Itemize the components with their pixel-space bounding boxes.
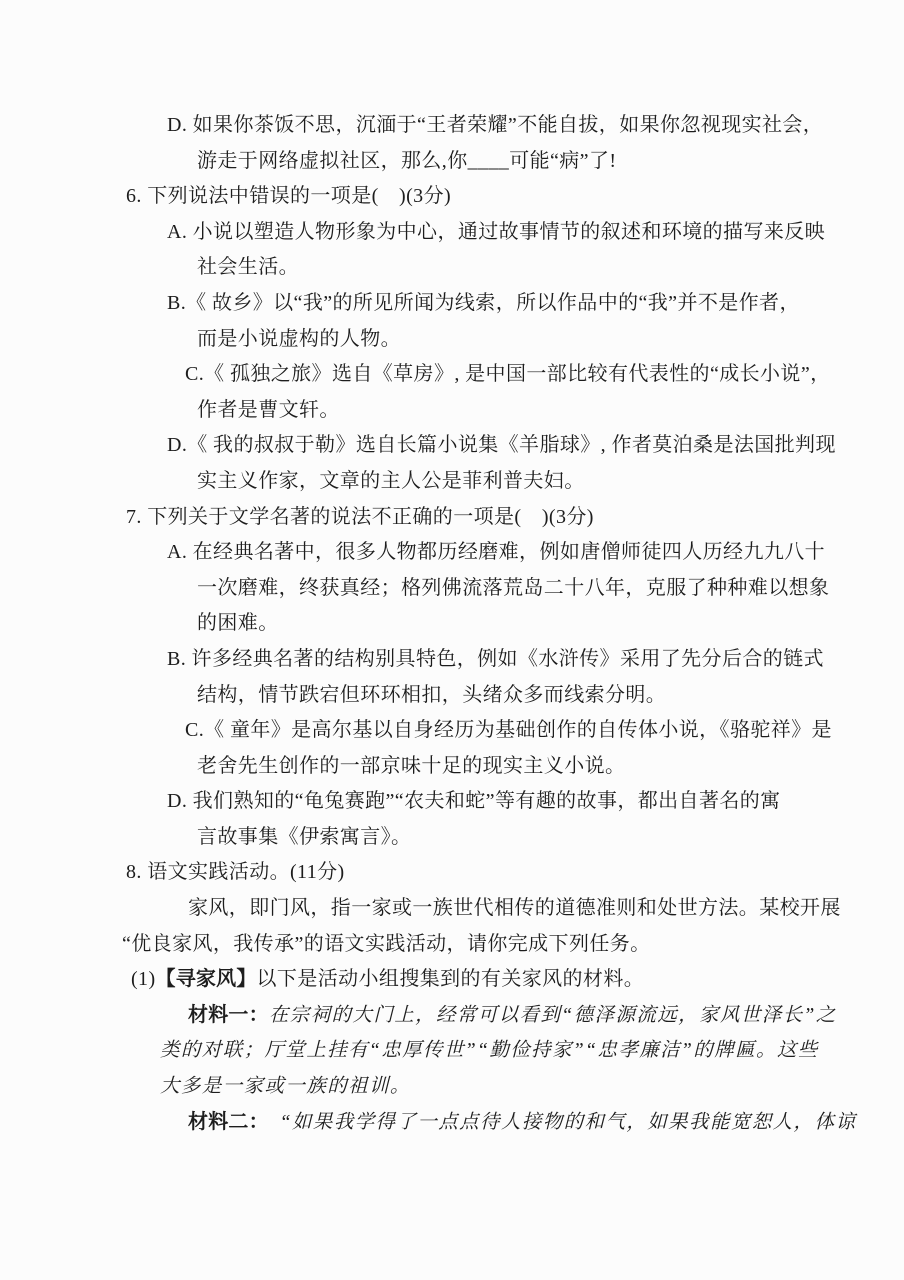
question-8-stem: 8. 语文实践活动。(11分) — [126, 855, 904, 891]
line-text: D. 如果你茶饭不思，沉湎于“王者荣耀”不能自拔，如果你忽视现实社会， — [167, 114, 823, 136]
q8-intro-line2: “优良家风，我传承”的语文实践活动，请你完成下列任务。 — [122, 927, 904, 963]
line-text: B.《 故乡》以“我”的所见所闻为线索，所以作品中的“我”并不是作者， — [167, 292, 800, 314]
line-text: 在宗祠的大门上，经常可以看到“德泽源流远，家风世泽长”之 — [269, 1005, 837, 1026]
line-text: 大多是一家或一族的祖训。 — [160, 1076, 411, 1097]
line-text: 社会生活。 — [197, 256, 299, 278]
line-text: 结构，情节跌宕但环环相扣，头绪众多而线索分明。 — [197, 684, 666, 706]
line-text: 作者是曹文轩。 — [197, 399, 340, 421]
task-number: (1) — [131, 968, 156, 990]
line-text: B. 许多经典名著的结构别具特色，例如《水浒传》采用了先分后合的链式 — [167, 648, 824, 670]
q6-option-b-line1: B.《 故乡》以“我”的所见所闻为线索，所以作品中的“我”并不是作者， — [167, 286, 904, 322]
material-2-line1: 材料二： “如果我学得了一点点待人接物的和气，如果我能宽恕人，体谅 — [188, 1105, 904, 1141]
line-text: 以下是活动小组搜集到的有关家风的材料。 — [257, 968, 645, 990]
line-text: 而是小说虚构的人物。 — [197, 328, 401, 350]
material-2-label: 材料二： — [188, 1111, 259, 1133]
line-text: 7. 下列关于文学名著的说法不正确的一项是( )(3分) — [126, 506, 594, 528]
line-text: D. 我们熟知的“龟兔赛跑”“农夫和蛇”等有趣的故事，都出自著名的寓 — [167, 790, 781, 812]
line-text: 类的对联；厅堂上挂有“忠厚传世”“勤俭持家”“忠孝廉洁”的牌匾。这些 — [160, 1040, 819, 1061]
material-1-line3: 大多是一家或一族的祖训。 — [160, 1069, 904, 1105]
line-text: “优良家风，我传承”的语文实践活动，请你完成下列任务。 — [122, 933, 651, 955]
line-text: 一次磨难，终获真经；格列佛流落荒岛二十八年，克服了种种难以想象 — [197, 577, 829, 599]
q7-option-b-line2: 结构，情节跌宕但环环相扣，头绪众多而线索分明。 — [197, 678, 904, 714]
line-text: “如果我学得了一点点待人接物的和气，如果我能宽恕人，体谅 — [259, 1112, 856, 1133]
exam-text-block: D. 如果你茶饭不思，沉湎于“王者荣耀”不能自拔，如果你忽视现实社会， 游走于网… — [0, 0, 904, 1140]
material-1-label: 材料一： — [188, 1004, 269, 1026]
q8-task1-line: (1)【寻家风】以下是活动小组搜集到的有关家风的材料。 — [131, 962, 904, 998]
line-text: A. 在经典名著中，很多人物都历经磨难，例如唐僧师徒四人历经九九八十 — [167, 541, 825, 563]
exam-page: D. 如果你茶饭不思，沉湎于“王者荣耀”不能自拔，如果你忽视现实社会， 游走于网… — [0, 0, 904, 1280]
q6-option-a-line2: 社会生活。 — [197, 250, 904, 286]
q6-option-c-line1: C.《 孤独之旅》选自《草房》, 是中国一部比较有代表性的“成长小说”， — [185, 357, 904, 393]
question-7-stem: 7. 下列关于文学名著的说法不正确的一项是( )(3分) — [126, 500, 904, 536]
q8-intro-line1: 家风，即门风，指一家或一族世代相传的道德准则和处世方法。某校开展 — [188, 891, 904, 927]
line-text: D.《 我的叔叔于勒》选自长篇小说集《羊脂球》, 作者莫泊桑是法国批判现 — [167, 434, 836, 456]
line-text: 言故事集《伊索寓言》。 — [197, 826, 411, 848]
q7-option-a-line1: A. 在经典名著中，很多人物都历经磨难，例如唐僧师徒四人历经九九八十 — [167, 535, 904, 571]
q6-option-a-line1: A. 小说以塑造人物形象为中心，通过故事情节的叙述和环境的描写来反映 — [167, 215, 904, 251]
line-text: 游走于网络虚拟社区，那么,你____可能“病”了! — [197, 150, 616, 172]
q7-option-c-line1: C.《 童年》是高尔基以自身经历为基础创作的自传体小说，《骆驼祥》是 — [185, 713, 904, 749]
q7-option-d-line1: D. 我们熟知的“龟兔赛跑”“农夫和蛇”等有趣的故事，都出自著名的寓 — [167, 784, 904, 820]
q7-option-c-line2: 老舍先生创作的一部京味十足的现实主义小说。 — [197, 749, 904, 785]
line-text: C.《 孤独之旅》选自《草房》, 是中国一部比较有代表性的“成长小说”， — [185, 363, 831, 385]
q6-option-d-line1: D.《 我的叔叔于勒》选自长篇小说集《羊脂球》, 作者莫泊桑是法国批判现 — [167, 428, 904, 464]
question-6-stem: 6. 下列说法中错误的一项是( )(3分) — [126, 179, 904, 215]
q7-option-b-line1: B. 许多经典名著的结构别具特色，例如《水浒传》采用了先分后合的链式 — [167, 642, 904, 678]
q7-option-a-line3: 的困难。 — [197, 606, 904, 642]
q7-option-a-line2: 一次磨难，终获真经；格列佛流落荒岛二十八年，克服了种种难以想象 — [197, 571, 904, 607]
line-text: 6. 下列说法中错误的一项是( )(3分) — [126, 185, 451, 207]
q6-option-b-line2: 而是小说虚构的人物。 — [197, 322, 904, 358]
q5-option-d-line1: D. 如果你茶饭不思，沉湎于“王者荣耀”不能自拔，如果你忽视现实社会， — [167, 108, 904, 144]
line-text: C.《 童年》是高尔基以自身经历为基础创作的自传体小说，《骆驼祥》是 — [185, 719, 832, 741]
line-text: 家风，即门风，指一家或一族世代相传的道德准则和处世方法。某校开展 — [188, 897, 841, 919]
material-1-line1: 材料一：在宗祠的大门上，经常可以看到“德泽源流远，家风世泽长”之 — [188, 998, 904, 1034]
line-text: A. 小说以塑造人物形象为中心，通过故事情节的叙述和环境的描写来反映 — [167, 221, 825, 243]
q7-option-d-line2: 言故事集《伊索寓言》。 — [197, 820, 904, 856]
line-text: 的困难。 — [197, 612, 279, 634]
line-text: 实主义作家，文章的主人公是菲利普夫妇。 — [197, 470, 585, 492]
line-text: 8. 语文实践活动。(11分) — [126, 861, 345, 883]
q5-option-d-line2: 游走于网络虚拟社区，那么,你____可能“病”了! — [197, 144, 904, 180]
line-text: 老舍先生创作的一部京味十足的现实主义小说。 — [197, 755, 625, 777]
q6-option-d-line2: 实主义作家，文章的主人公是菲利普夫妇。 — [197, 464, 904, 500]
task-title-xunjiafeng: 【寻家风】 — [156, 968, 257, 990]
material-1-line2: 类的对联；厅堂上挂有“忠厚传世”“勤俭持家”“忠孝廉洁”的牌匾。这些 — [160, 1033, 904, 1069]
q6-option-c-line2: 作者是曹文轩。 — [197, 393, 904, 429]
